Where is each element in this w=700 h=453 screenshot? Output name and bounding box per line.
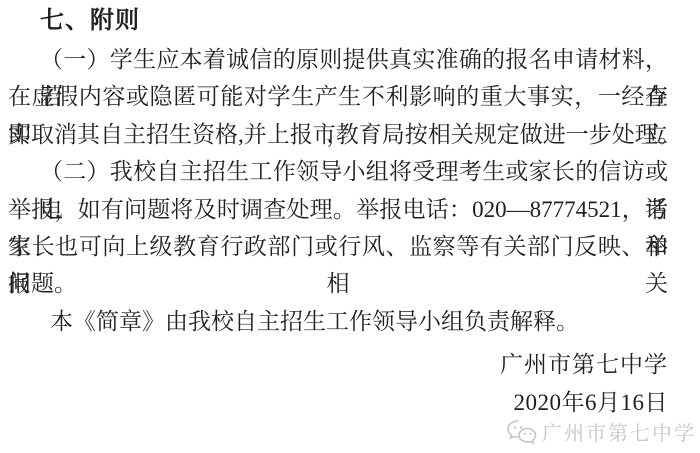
signature-school-name: 广州市第七中学	[8, 346, 668, 383]
account-watermark: 广州市第七中学	[506, 417, 696, 446]
document-page: 七、附则 （一）学生应本着诚信的原则提供真实准确的报名申请材料，若存 在虚假内容…	[0, 0, 700, 453]
paragraph-line: 在虚假内容或隐匿可能对学生产生不利影响的重大事实，一经查实，立	[8, 78, 668, 115]
watermark-label: 广州市第七中学	[542, 417, 696, 446]
paragraph-line: （一）学生应本着诚信的原则提供真实准确的报名申请材料，若存	[8, 41, 668, 78]
section-heading: 七、附则	[8, 0, 668, 41]
paragraph-line: （二）我校自主招生工作领导小组将受理考生或家长的信访或电话	[8, 153, 668, 190]
document-body: 七、附则 （一）学生应本着诚信的原则提供真实准确的报名申请材料，若存 在虚假内容…	[8, 0, 668, 421]
wechat-icon	[506, 418, 538, 446]
paragraph-line: 举报，如有问题将及时调查处理。举报电话：020—87774521，考生和	[8, 191, 668, 228]
paragraph-line: 即取消其自主招生资格,并上报市教育局按相关规定做进一步处理。	[8, 116, 668, 153]
paragraph-line: 本《简章》由我校自主招生工作领导小组负责解释。	[8, 303, 668, 340]
signature-date: 2020年6月16日	[8, 384, 668, 421]
paragraph-line: 家长也可向上级教育行政部门或行风、监察等有关部门反映、举报相关	[8, 228, 668, 265]
